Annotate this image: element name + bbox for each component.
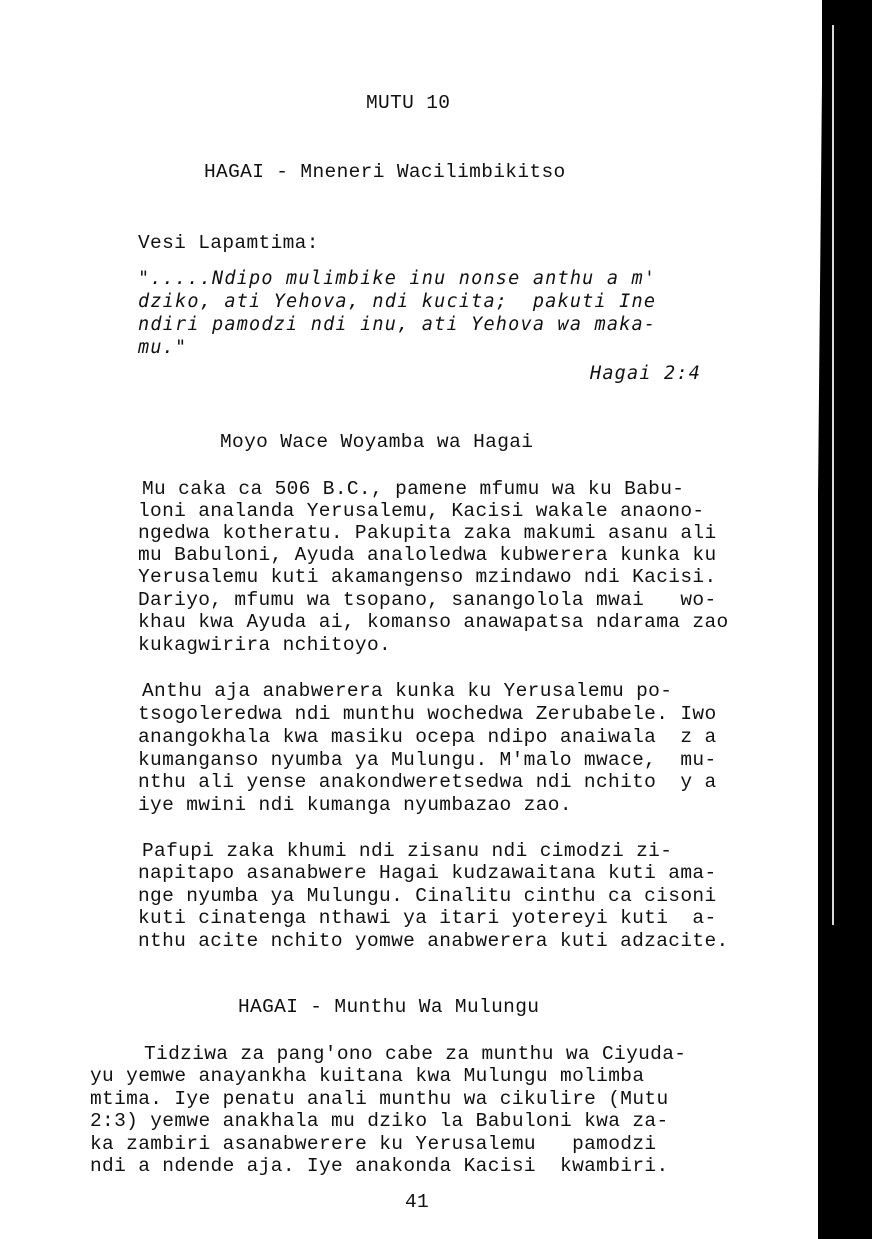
paragraph-line: tsogoleredwa ndi munthu wochedwa Zerubab… <box>138 703 717 726</box>
scan-edge-border <box>822 0 872 1239</box>
paragraph-line: kukagwirira nchitoyo. <box>138 634 391 657</box>
paragraph-line: ka zambiri asanabwerere ku Yerusalemu pa… <box>90 1133 656 1156</box>
paragraph-line: mu Babuloni, Ayuda analoledwa kubwerera … <box>138 544 717 567</box>
paragraph-line: nthu ali yense anakondweretsedwa ndi nch… <box>138 771 717 794</box>
paragraph-line: nge nyumba ya Mulungu. Cinalitu cinthu c… <box>138 885 717 908</box>
paragraph-line: anangokhala kwa masiku ocepa ndipo anaiw… <box>138 726 717 749</box>
key-verse-line: mu." <box>138 337 187 360</box>
paragraph-line: napitapo asanabwere Hagai kudzawaitana k… <box>138 862 717 885</box>
paragraph-line: Pafupi zaka khumi ndi zisanu ndi cimodzi… <box>142 840 672 863</box>
key-verse-line: ndiri pamodzi ndi inu, ati Yehova wa mak… <box>138 314 656 337</box>
paragraph-line: nthu acite nchito yomwe anabwerera kuti … <box>138 930 729 953</box>
paragraph-line: 2:3) yemwe anakhala mu dziko la Babuloni… <box>90 1110 669 1133</box>
paragraph-line: ngedwa kotheratu. Pakupita zaka makumi a… <box>138 522 717 545</box>
paragraph-line: khau kwa Ayuda ai, komanso anawapatsa nd… <box>138 611 729 634</box>
paragraph-line: Mu caka ca 506 B.C., pamene mfumu wa ku … <box>142 478 684 501</box>
subheading: Moyo Wace Woyamba wa Hagai <box>220 431 533 454</box>
section-title: HAGAI - Mneneri Wacilimbikitso <box>204 161 566 184</box>
key-verse-label: Vesi Lapamtima: <box>138 232 319 255</box>
paragraph-line: loni analanda Yerusalemu, Kacisi wakale … <box>138 500 704 523</box>
paragraph-line: Anthu aja anabwerera kunka ku Yerusalemu… <box>142 680 672 703</box>
key-verse-line: dziko, ati Yehova, ndi kucita; pakuti In… <box>138 291 656 314</box>
subheading: HAGAI - Munthu Wa Mulungu <box>238 996 539 1019</box>
document-page: MUTU 10 HAGAI - Mneneri Wacilimbikitso V… <box>0 0 872 1239</box>
paragraph-line: kumanganso nyumba ya Mulungu. M'malo mwa… <box>138 749 717 772</box>
paragraph-line: mtima. Iye penatu anali munthu wa cikuli… <box>90 1088 669 1111</box>
key-verse-reference: Hagai 2:4 <box>590 363 701 386</box>
paragraph-line: Tidziwa za pang'ono cabe za munthu wa Ci… <box>144 1043 686 1066</box>
paragraph-line: kuti cinatenga nthawi ya itari yotereyi … <box>138 907 717 930</box>
paragraph-line: Yerusalemu kuti akamangenso mzindawo ndi… <box>138 566 717 589</box>
paragraph-line: iye mwini ndi kumanga nyumbazao zao. <box>138 794 572 817</box>
page-number: 41 <box>405 1191 429 1214</box>
paragraph-line: Dariyo, mfumu wa tsopano, sanangolola mw… <box>138 589 717 612</box>
page-title: MUTU 10 <box>366 92 450 115</box>
key-verse-line: ".....Ndipo mulimbike inu nonse anthu a … <box>138 268 656 291</box>
paragraph-line: yu yemwe anayankha kuitana kwa Mulungu m… <box>90 1065 644 1088</box>
paragraph-line: ndi a ndende aja. Iye anakonda Kacisi kw… <box>90 1155 669 1178</box>
